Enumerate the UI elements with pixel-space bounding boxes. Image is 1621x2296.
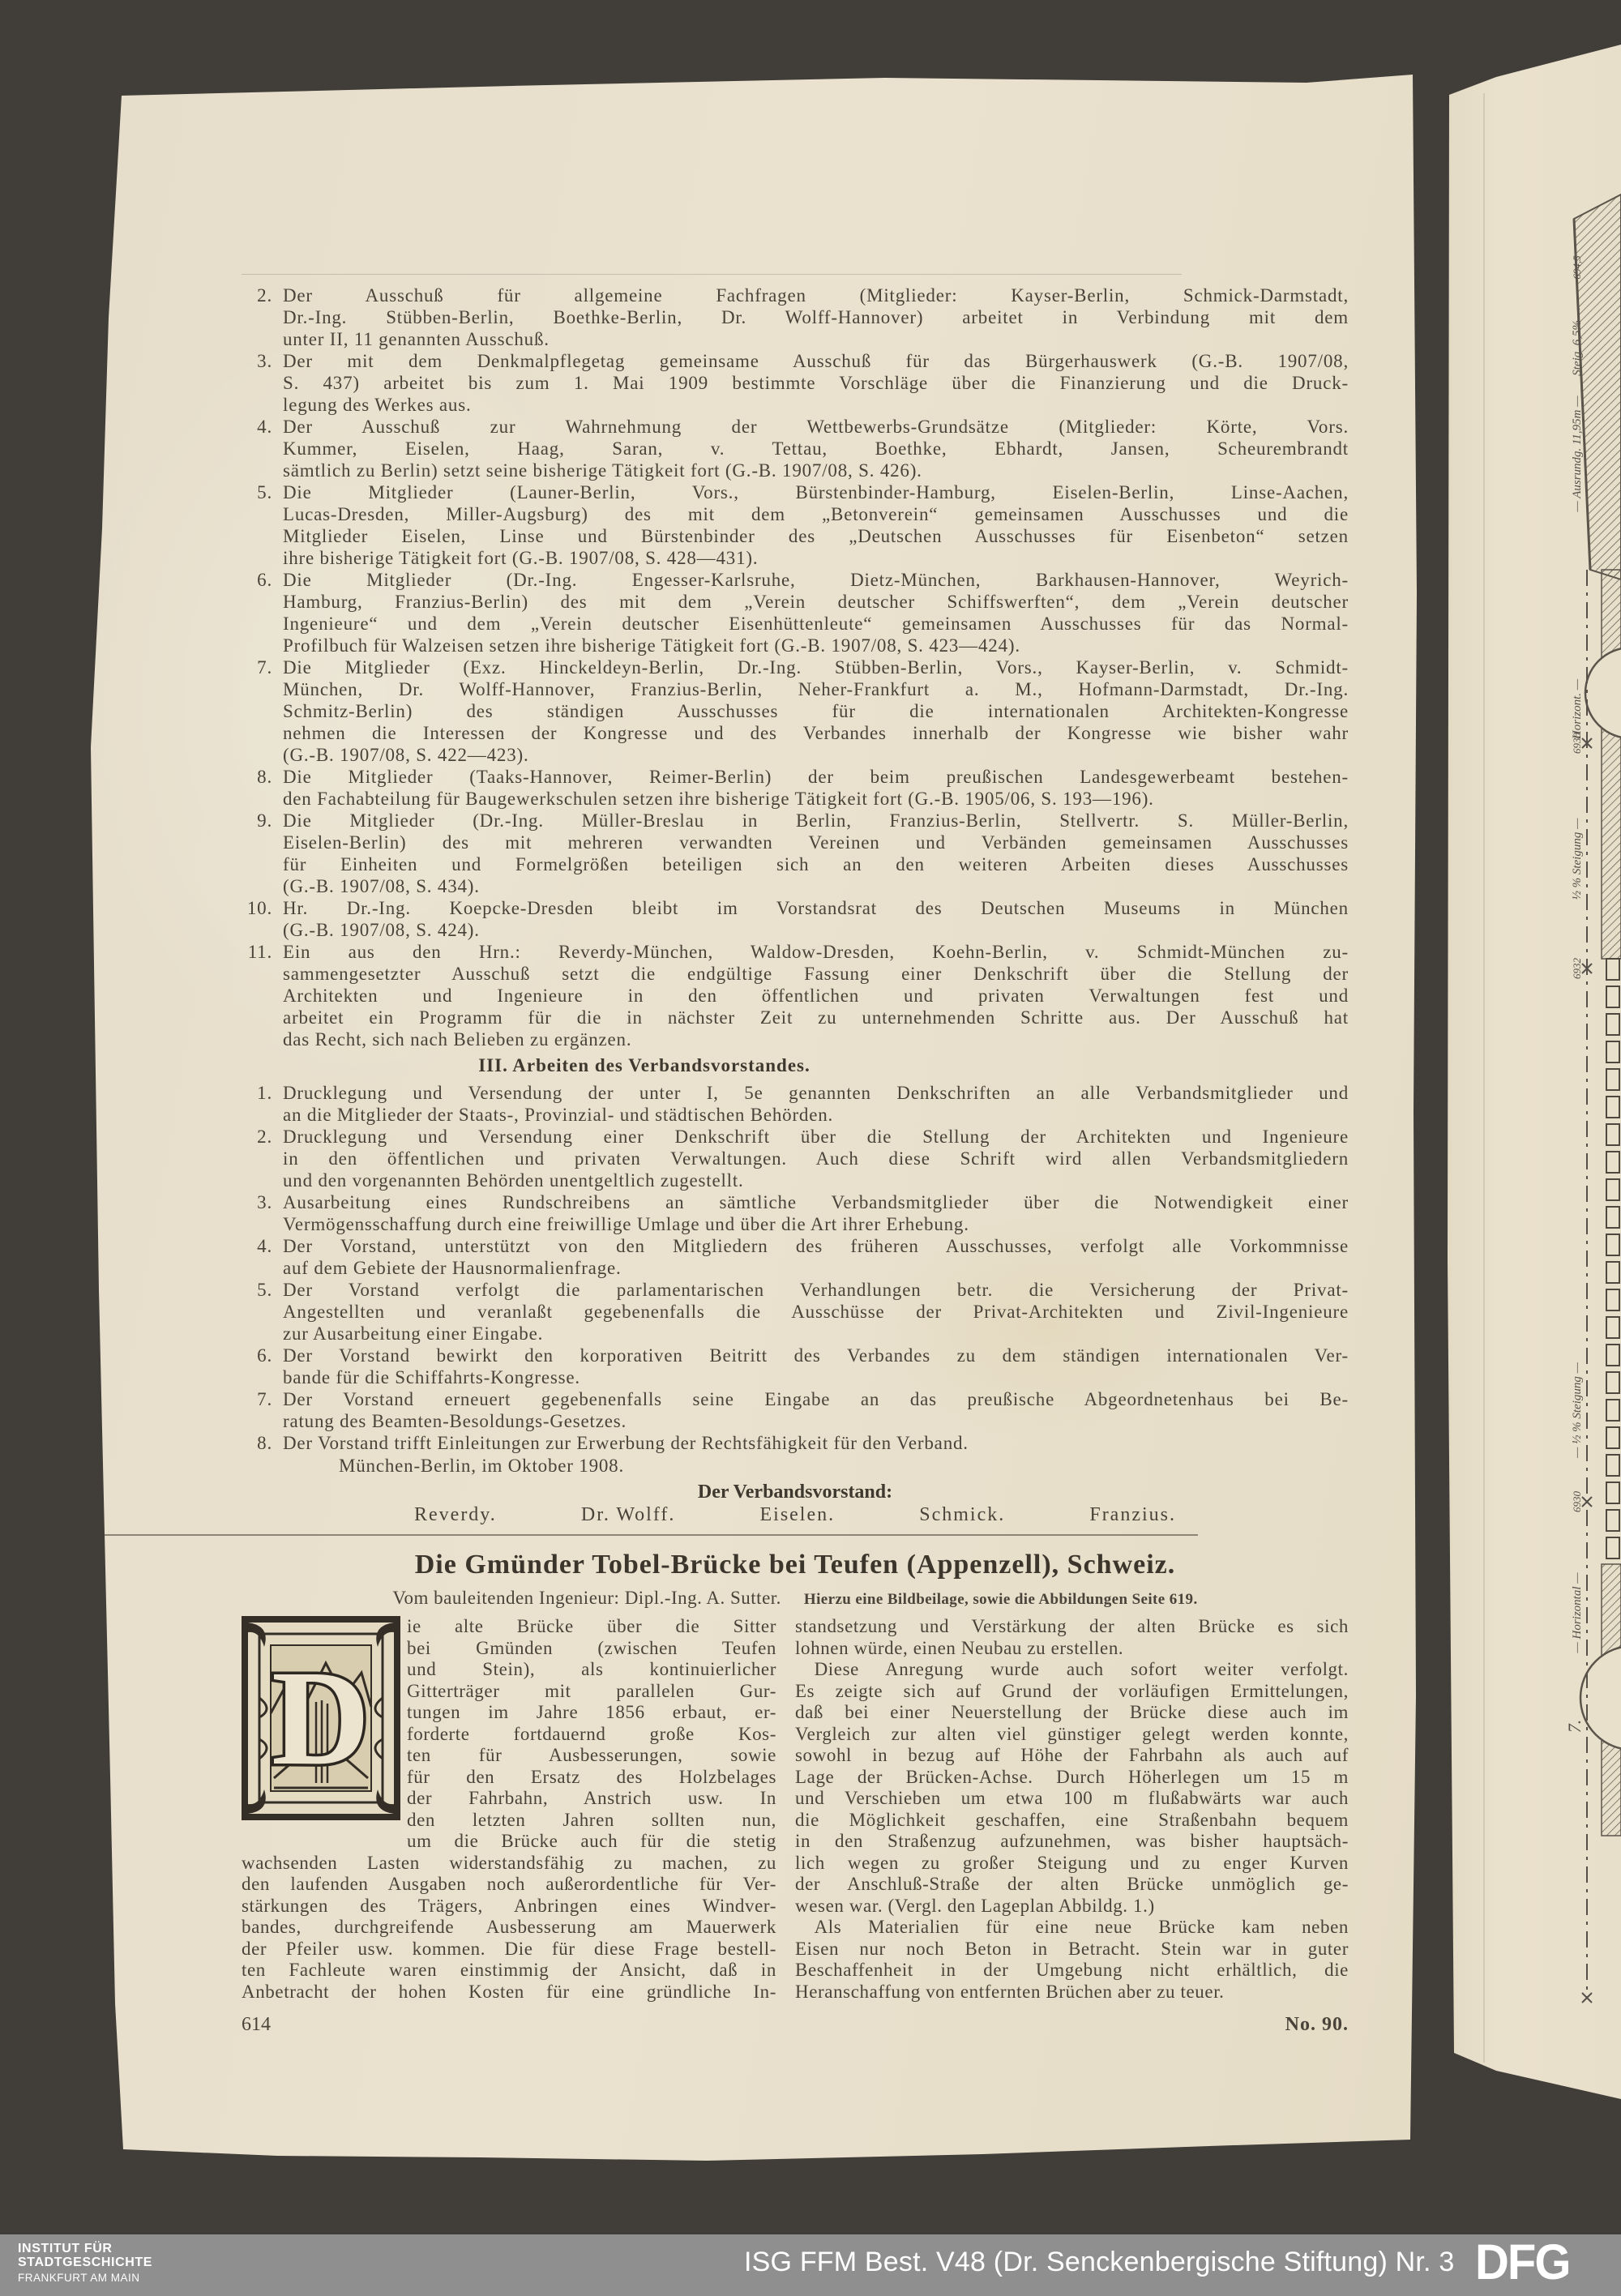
list-item-number: 6. xyxy=(242,1345,272,1388)
article-column-right: standsetzung und Verstärkung der alten B… xyxy=(795,1616,1349,2003)
drawing-label: 7. xyxy=(1564,1720,1585,1734)
list-item-number: 7. xyxy=(242,1388,272,1432)
bridge-drawing-fragment: 694,5Steig. 6,5% →— Ausrundg. 11,95m —Ho… xyxy=(1448,45,1621,2099)
article-author: Vom bauleitenden Ingenieur: Dipl.-Ing. A… xyxy=(392,1588,781,1609)
page-fold-line xyxy=(1483,93,1485,2063)
page-number: 614 xyxy=(242,2014,271,2036)
list-item: 2.Drucklegung und Versendung einer Denks… xyxy=(242,1126,1349,1191)
institute-line2: STADTGESCHICHTE xyxy=(18,2255,152,2269)
list-item-number: 2. xyxy=(242,1126,272,1191)
issue-number: No. 90. xyxy=(1285,2014,1349,2036)
list-item: 6.Die Mitglieder (Dr.-Ing. Engesser-Karl… xyxy=(242,569,1349,656)
list-item: 4.Der Vorstand, unterstützt von den Mitg… xyxy=(242,1235,1349,1279)
drawing-label: Steig. 6,5% → xyxy=(1571,305,1584,376)
list-item-number: 10. xyxy=(242,897,272,941)
section-separator-rule xyxy=(91,1534,1198,1536)
list-item-number: 5. xyxy=(242,1279,272,1345)
left-column-wide-lines: wachsenden Lasten widerstandsfähig zu ma… xyxy=(242,1853,776,2003)
list-item: 8.Der Vorstand trifft Einleitungen zur E… xyxy=(242,1432,1349,1454)
list-item: 1.Drucklegung und Versendung der unter I… xyxy=(242,1082,1349,1126)
list-item: 2.Der Ausschuß für allgemeine Fachfragen… xyxy=(242,284,1349,350)
list-item: 7.Die Mitglieder (Exz. Hinckeldeyn-Berli… xyxy=(242,656,1349,766)
article-byline: Vom bauleitenden Ingenieur: Dipl.-Ing. A… xyxy=(242,1588,1349,1609)
institute-logo: INSTITUT FÜR STADTGESCHICHTE FRANKFURT A… xyxy=(18,2242,152,2285)
list-item-number: 4. xyxy=(242,1235,272,1279)
drawing-label: 6932 xyxy=(1571,958,1583,980)
adjacent-page-sliver: 694,5Steig. 6,5% →— Ausrundg. 11,95m —Ho… xyxy=(1448,45,1621,2099)
list-item-number: 5. xyxy=(242,481,272,569)
list-item: 9.Die Mitglieder (Dr.-Ing. Müller-Bresla… xyxy=(242,810,1349,897)
list-item: 5.Der Vorstand verfolgt die parlamentari… xyxy=(242,1279,1349,1345)
list-item: 7.Der Vorstand erneuert gegebenenfalls s… xyxy=(242,1388,1349,1432)
article-title: Die Gmünder Tobel-Brücke bei Teufen (App… xyxy=(242,1549,1349,1581)
list-item-number: 8. xyxy=(242,766,272,810)
board-member-name: Franzius. xyxy=(1089,1503,1176,1526)
list-item: 4.Der Ausschuß zur Wahrnehmung der Wettb… xyxy=(242,416,1349,481)
list-item-number: 9. xyxy=(242,810,272,897)
decorative-initial-woodcut: D xyxy=(242,1616,400,1820)
board-names-row: Reverdy.Dr. Wolff.Eiselen.Schmick.Franzi… xyxy=(414,1503,1176,1526)
scanned-journal-page: 2.Der Ausschuß für allgemeine Fachfragen… xyxy=(91,75,1417,2161)
dateline: München-Berlin, im Oktober 1908. xyxy=(242,1455,1349,1477)
list-item-number: 3. xyxy=(242,1191,272,1235)
board-member-name: Reverdy. xyxy=(414,1503,497,1526)
list-item-number: 7. xyxy=(242,656,272,766)
institute-line3: FRANKFURT AM MAIN xyxy=(18,2271,152,2285)
board-tasks-list-section-3: 1.Drucklegung und Versendung der unter I… xyxy=(242,1082,1349,1454)
list-item: 3.Ausarbeitung eines Rundschreibens an s… xyxy=(242,1191,1349,1235)
drawing-label: — ½ % Steigung — xyxy=(1571,1362,1584,1459)
article-column-left: D ie alte Brücke über die Sitterbei Gmün… xyxy=(242,1616,776,2003)
institute-line1: INSTITUT FÜR xyxy=(18,2242,152,2255)
page-footer-row: 614 No. 90. xyxy=(242,2014,1349,2036)
drawing-label: ½ % Steigung — xyxy=(1571,818,1584,900)
list-item: 10.Hr. Dr.-Ing. Koepcke-Dresden bleibt i… xyxy=(242,897,1349,941)
list-item-number: 6. xyxy=(242,569,272,656)
board-member-name: Eiselen. xyxy=(759,1503,835,1526)
list-item-number: 1. xyxy=(242,1082,272,1126)
section-3-heading: III. Arbeiten des Verbandsvorstandes. xyxy=(91,1054,1198,1076)
board-member-name: Schmick. xyxy=(919,1503,1005,1526)
drawing-label: Horizont. — xyxy=(1571,678,1584,740)
list-item-number: 2. xyxy=(242,284,272,350)
list-item-number: 3. xyxy=(242,350,272,416)
list-item: 8.Die Mitglieder (Taaks-Hannover, Reimer… xyxy=(242,766,1349,810)
list-item: 3.Der mit dem Denkmalpflegetag gemeinsam… xyxy=(242,350,1349,416)
list-item: 11.Ein aus den Hrn.: Reverdy-München, Wa… xyxy=(242,941,1349,1050)
shelfmark-text: ISG FFM Best. V48 (Dr. Senckenbergische … xyxy=(744,2247,1454,2278)
board-label: Der Verbandsvorstand: xyxy=(242,1481,1349,1503)
list-item: 5.Die Mitglieder (Launer-Berlin, Vors., … xyxy=(242,481,1349,569)
archive-scan-viewer: { "colors":{"outer_background":"#413d39"… xyxy=(0,0,1621,2296)
dfg-logo: DFG xyxy=(1475,2234,1569,2290)
faint-top-rule xyxy=(242,274,1182,275)
list-item-number: 4. xyxy=(242,416,272,481)
left-column-narrow-lines: ie alte Brücke über die Sitterbei Gmünde… xyxy=(407,1616,776,1853)
drawing-label: — Horizontal — xyxy=(1571,1572,1584,1654)
list-item-number: 8. xyxy=(242,1432,272,1454)
board-member-name: Dr. Wolff. xyxy=(581,1503,676,1526)
drawing-label: — Ausrundg. 11,95m — xyxy=(1571,395,1584,513)
drawing-label: 6930 xyxy=(1571,1491,1583,1513)
list-item: 6.Der Vorstand bewirkt den korporativen … xyxy=(242,1345,1349,1388)
initial-letter: D xyxy=(272,1643,370,1794)
drawing-label: 6930 xyxy=(1571,733,1583,755)
list-item-number: 11. xyxy=(242,941,272,1050)
drawing-label: 694,5 xyxy=(1571,255,1583,280)
article-columns: D ie alte Brücke über die Sitterbei Gmün… xyxy=(242,1616,1349,2003)
article-note: Hierzu eine Bildbeilage, sowie die Abbil… xyxy=(804,1591,1198,1609)
committee-list-section-2: 2.Der Ausschuß für allgemeine Fachfragen… xyxy=(242,284,1349,1050)
